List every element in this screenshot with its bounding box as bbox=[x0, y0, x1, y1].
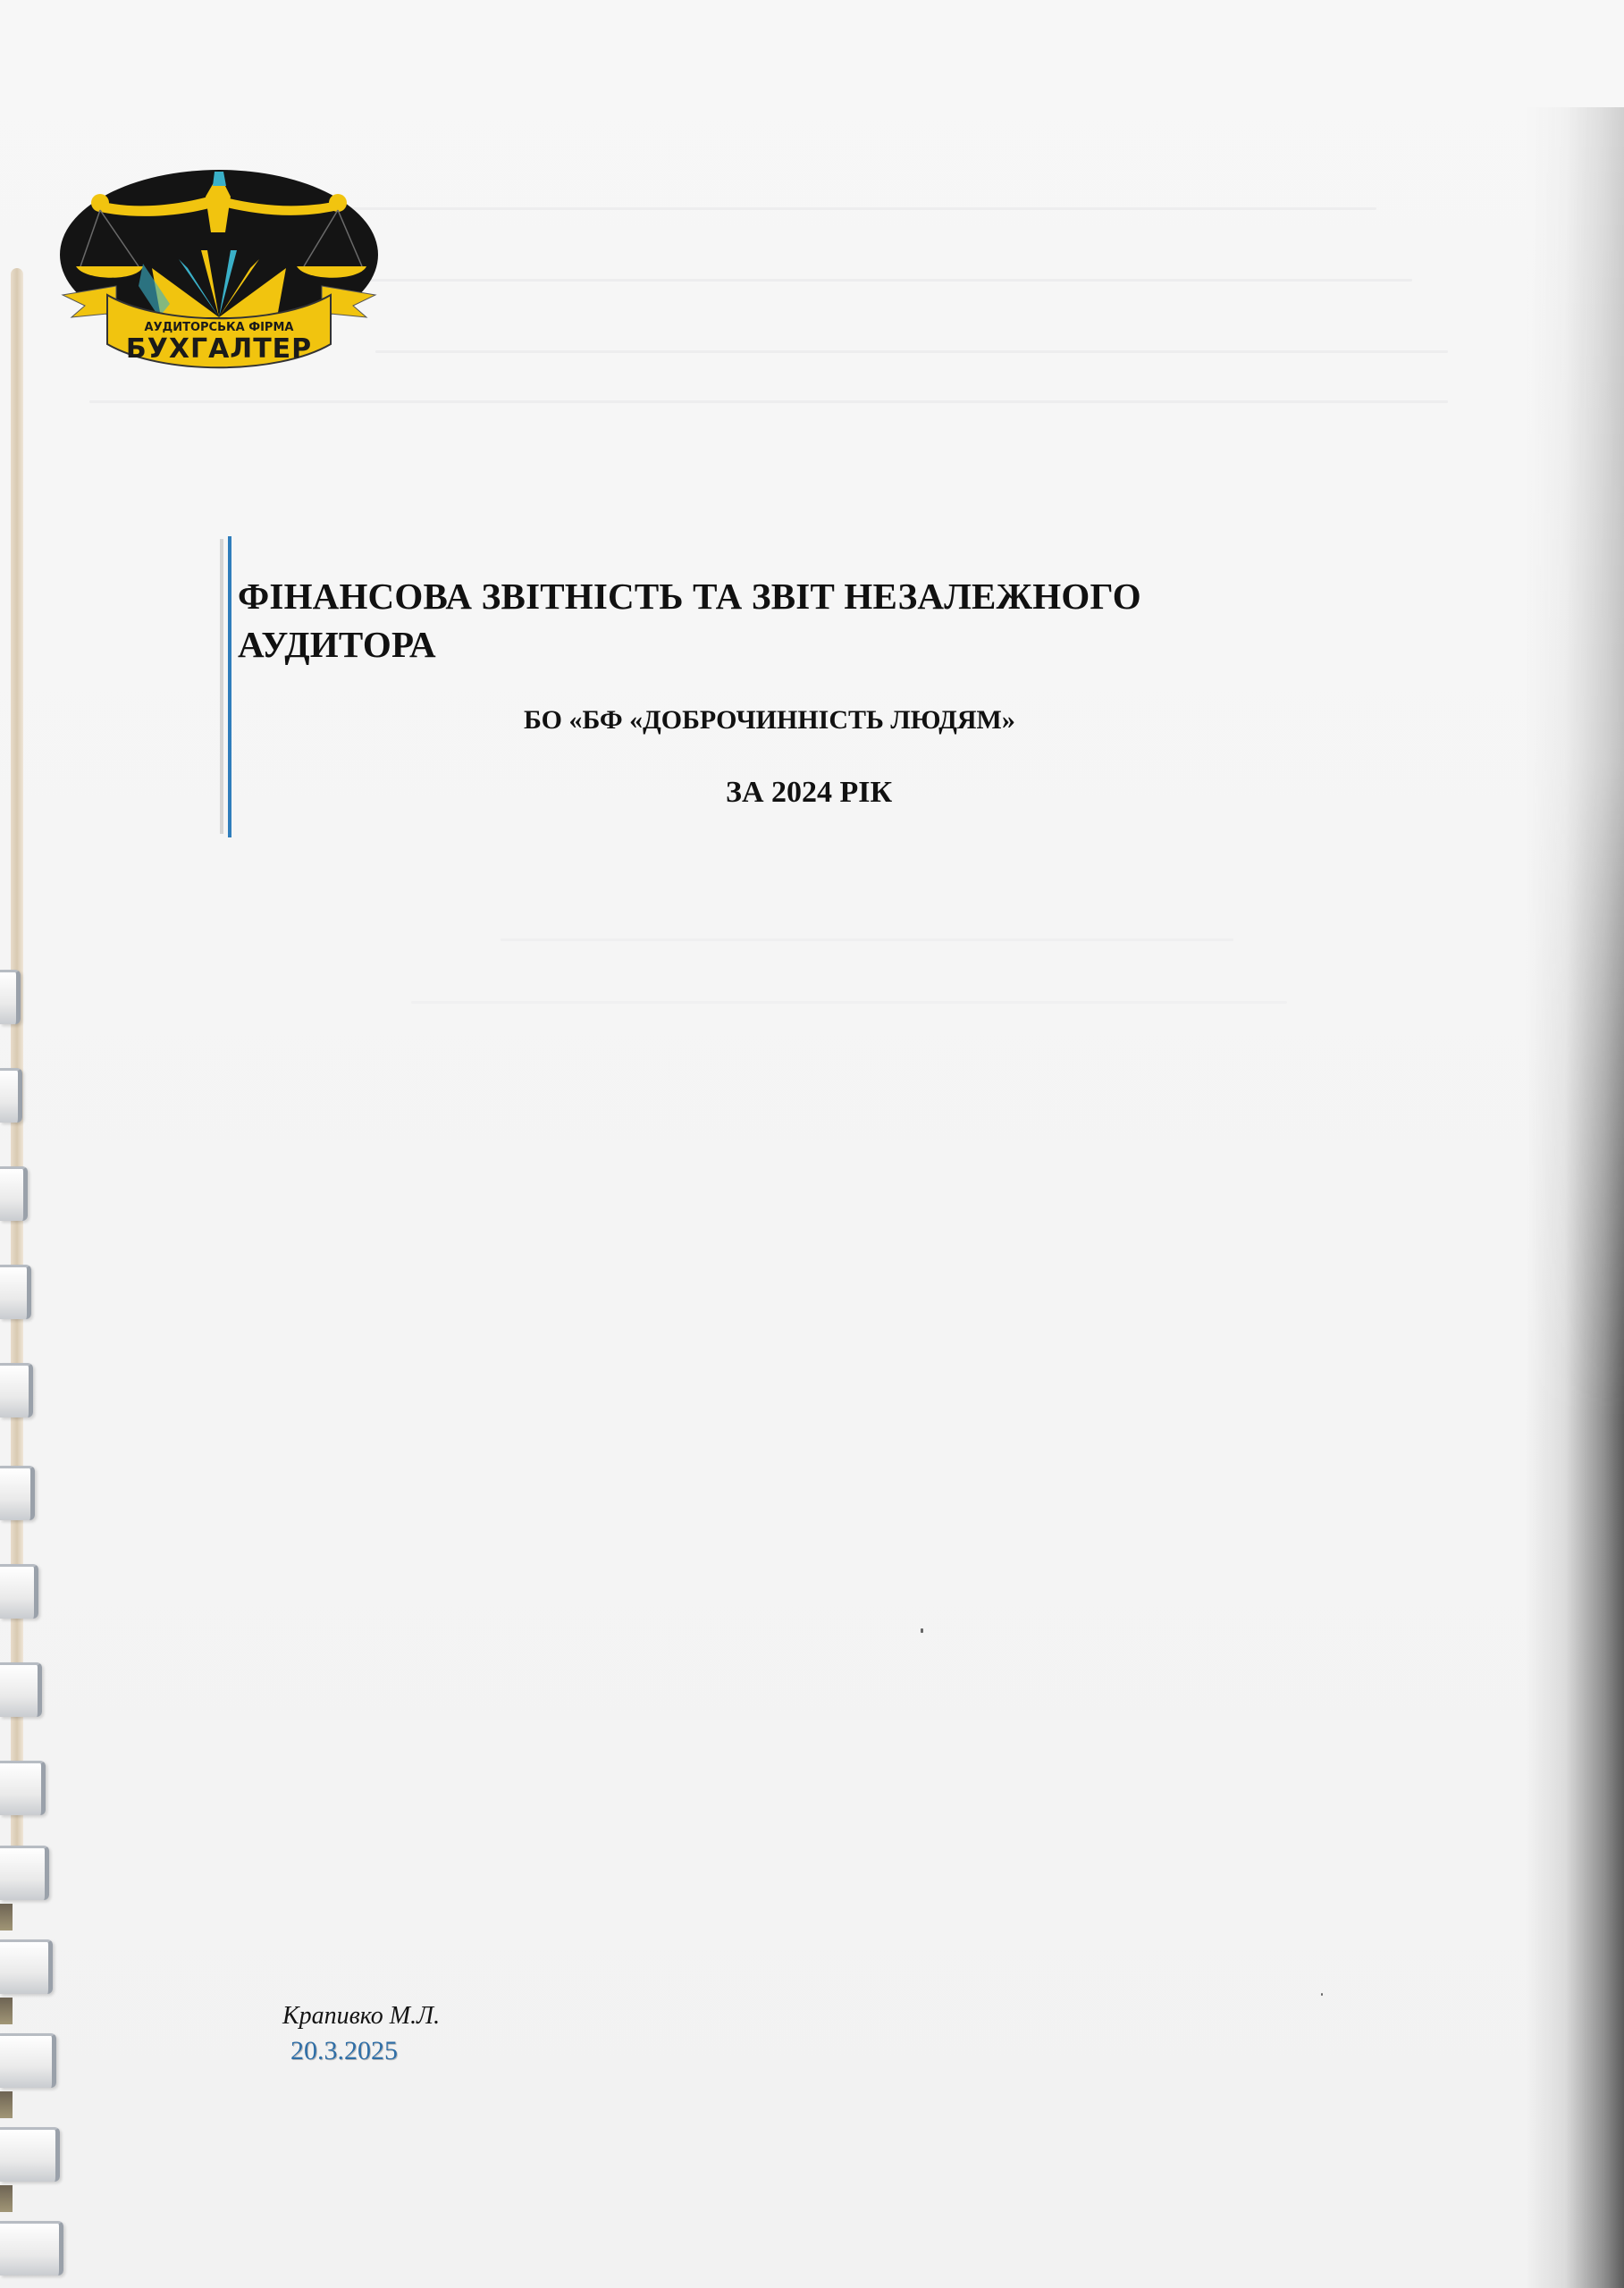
binding-coil bbox=[0, 1564, 38, 1619]
reporting-period: ЗА 2024 РІК bbox=[726, 773, 1083, 812]
binding-coil bbox=[0, 1662, 42, 1717]
binding-coil bbox=[0, 1068, 22, 1123]
binding-coil bbox=[0, 1466, 35, 1520]
scanner-edge-shadow bbox=[1526, 107, 1624, 2288]
document-page: АУДИТОРСЬКА ФІРМА БУХГАЛТЕР ФІНАНСОВА ЗВ… bbox=[0, 0, 1624, 2288]
dust-speck bbox=[921, 1628, 923, 1633]
binding-coil bbox=[0, 970, 21, 1024]
binding-coil bbox=[0, 1846, 49, 1900]
svg-text:БУХГАЛТЕР: БУХГАЛТЕР bbox=[126, 333, 312, 365]
binding-coil bbox=[0, 2033, 56, 2088]
binding-coil bbox=[0, 1265, 31, 1319]
organization-name: БО «БФ «ДОБРОЧИННІСТЬ ЛЮДЯМ» bbox=[524, 702, 1203, 738]
binding-coil bbox=[0, 2221, 63, 2275]
document-title-line-1: ФІНАНСОВА ЗВІТНІСТЬ ТА ЗВІТ НЕЗАЛЕЖНОГО bbox=[238, 572, 1310, 620]
document-title-line-2: АУДИТОРА bbox=[238, 620, 1310, 669]
dust-speck bbox=[1321, 1993, 1323, 1996]
binding-coil bbox=[0, 1761, 46, 1815]
binding-gap bbox=[0, 2185, 13, 2212]
show-through-line bbox=[501, 938, 1233, 941]
binding-gap bbox=[0, 1998, 13, 2024]
show-through-line bbox=[295, 279, 1412, 282]
binding-gap bbox=[0, 2091, 13, 2118]
binding-coil bbox=[0, 1363, 33, 1417]
signature-date: 20.3.2025 bbox=[290, 2036, 398, 2066]
title-accent-rule bbox=[228, 536, 231, 837]
show-through-line bbox=[411, 1001, 1287, 1004]
binding-coil bbox=[0, 2127, 60, 2182]
binding-gap bbox=[0, 1904, 13, 1930]
svg-text:АУДИТОРСЬКА ФІРМА: АУДИТОРСЬКА ФІРМА bbox=[145, 321, 294, 334]
document-title: ФІНАНСОВА ЗВІТНІСТЬ ТА ЗВІТ НЕЗАЛЕЖНОГО … bbox=[238, 572, 1310, 669]
signatory-name: Крапивко М.Л. bbox=[282, 2002, 440, 2031]
show-through-line bbox=[89, 400, 1448, 403]
scales-of-justice-book-logo-icon: АУДИТОРСЬКА ФІРМА БУХГАЛТЕР bbox=[54, 161, 384, 393]
title-rule-shadow bbox=[220, 539, 223, 834]
binding-coil bbox=[0, 1939, 53, 1994]
show-through-line bbox=[340, 207, 1376, 210]
show-through-line bbox=[375, 350, 1448, 353]
binding-coil bbox=[0, 1166, 28, 1221]
auditor-firm-logo: АУДИТОРСЬКА ФІРМА БУХГАЛТЕР bbox=[54, 161, 384, 393]
